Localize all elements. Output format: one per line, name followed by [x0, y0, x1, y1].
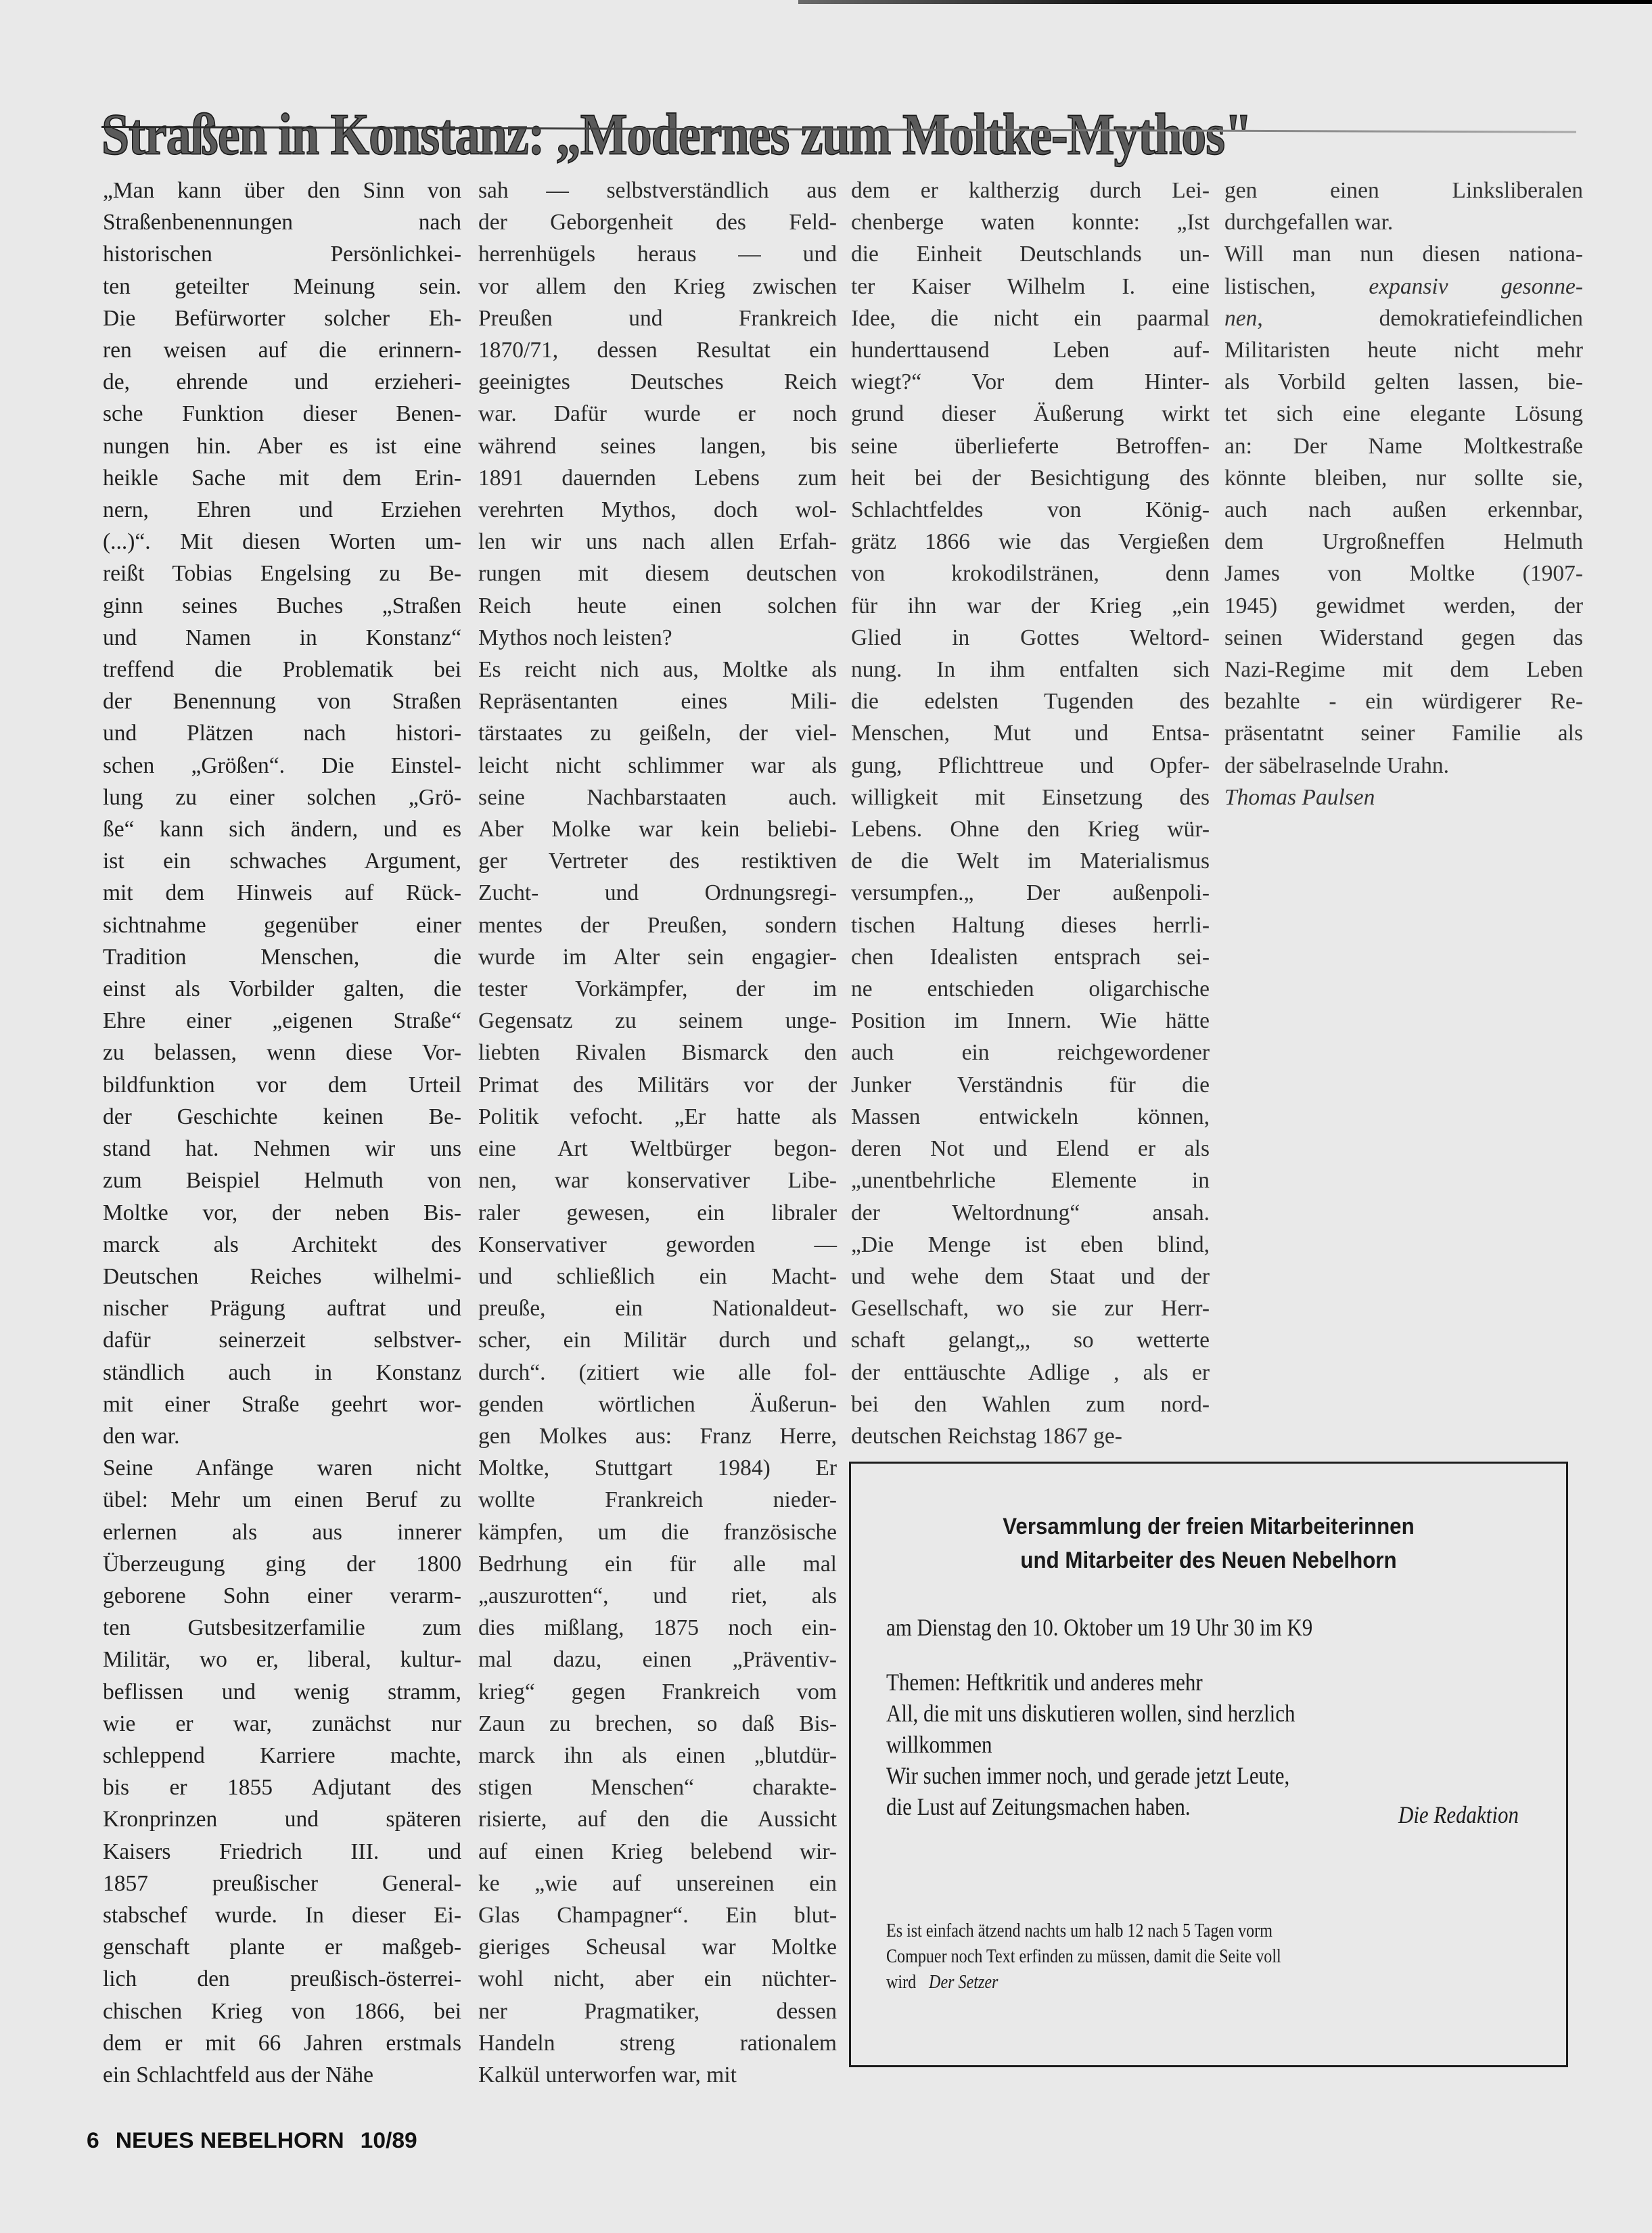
text-line: raler gewesen, ein libraler: [478, 1197, 837, 1229]
text-line: mentes der Preußen, sondern: [478, 909, 837, 941]
text-line: Massen entwickeln können,: [851, 1101, 1210, 1133]
text-line: Tradition Menschen, die: [103, 941, 461, 973]
text-line: der Weltordnung“ ansah.: [851, 1197, 1210, 1229]
text-line: ren weisen auf die erinnern-: [103, 334, 461, 366]
text-line: dem er mit 66 Jahren erstmals: [103, 2027, 461, 2059]
text-line: Glas Champagner“. Ein blut-: [478, 1899, 837, 1931]
text-line: Militär, wo er, liberal, kultur-: [103, 1644, 461, 1675]
text-line: der säbelraselnde Urahn.: [1224, 750, 1583, 782]
text-line: für ihn war der Krieg „ein: [851, 590, 1210, 622]
article-headline: Straßen in Konstanz: „Modernes zum Moltk…: [101, 99, 1522, 171]
text-line: an: Der Name Moltkestraße: [1224, 430, 1583, 462]
text-line: wurde im Alter sein engagier-: [478, 941, 837, 973]
text-line: erlernen als aus innerer: [103, 1516, 461, 1548]
text-line: die edelsten Tugenden des: [851, 685, 1210, 717]
text-line: tet sich eine elegante Lösung: [1224, 398, 1583, 430]
notice-body-line: Wir suchen immer noch, und gerade jetzt …: [886, 1760, 1445, 1791]
text-line: Menschen, Mut und Entsa-: [851, 717, 1210, 749]
text-line: die Einheit Deutschlands un-: [851, 238, 1210, 270]
text-line: leicht nicht schlimmer war als: [478, 750, 837, 782]
text-line: willigkeit mit Einsetzung des: [851, 782, 1210, 813]
text-line: Handeln streng rationalem: [478, 2027, 837, 2059]
text-line: James von Moltke (1907-: [1224, 558, 1583, 589]
article-column-2: sah — selbstverständlich ausder Geborgen…: [478, 175, 837, 2091]
article-column-3: dem er kaltherzig durch Lei-chenberge wa…: [851, 175, 1210, 1452]
italic-phrase: nen: [1224, 306, 1257, 331]
text-line: den war.: [103, 1420, 461, 1452]
text-line: Glied in Gottes Weltord-: [851, 622, 1210, 654]
text-line: Gesellschaft, wo sie zur Herr-: [851, 1292, 1210, 1324]
text-line: marck ihn als einen „blutdür-: [478, 1740, 837, 1772]
text-line: Militaristen heute nicht mehr: [1224, 334, 1583, 366]
text-line: Überzeugung ging der 1800: [103, 1548, 461, 1580]
footnote-text: wird: [886, 1972, 916, 1993]
text-line: Deutschen Reiches wilhelmi-: [103, 1261, 461, 1292]
text-line: Moltke, Stuttgart 1984) Er: [478, 1452, 837, 1484]
text-line: sah — selbstverständlich aus: [478, 175, 837, 206]
text-line: tischen Haltung dieses herrli-: [851, 909, 1210, 941]
text-line: und Plätzen nach histori-: [103, 717, 461, 749]
text-line: der enttäuschte Adlige , als er: [851, 1357, 1210, 1389]
text-line: und wehe dem Staat und der: [851, 1261, 1210, 1292]
text-line: „Man kann über den Sinn von: [103, 175, 461, 206]
text-line: präsentatnt seiner Familie als: [1224, 717, 1583, 749]
text-line: auch ein reichgewordener: [851, 1037, 1210, 1068]
text-line: wie er war, zunächst nur: [103, 1708, 461, 1740]
text-line: bildfunktion vor dem Urteil: [103, 1069, 461, 1101]
text-line: versumpfen.„ Der außenpoli-: [851, 877, 1210, 909]
text-line: war. Dafür wurde er noch: [478, 398, 837, 430]
notice-body-line: willkommen: [886, 1729, 1445, 1760]
text-line: ten geteilter Meinung sein.: [103, 271, 461, 302]
text-line: nen, demokratiefeindlichen: [1224, 302, 1583, 334]
text-line: Zaun zu brechen, so daß Bis-: [478, 1708, 837, 1740]
text-line: schleppend Karriere machte,: [103, 1740, 461, 1772]
text-line: Politik vefocht. „Er hatte als: [478, 1101, 837, 1133]
author-byline: Thomas Paulsen: [1224, 782, 1583, 813]
text-line: Will man nun diesen nationa-: [1224, 238, 1583, 270]
text-line: Preußen und Frankreich: [478, 302, 837, 334]
text-line: Reich heute einen solchen: [478, 590, 837, 622]
text-line: ke „wie auf unsereinen ein: [478, 1868, 837, 1899]
text-line: ner Pragmatiker, dessen: [478, 1995, 837, 2027]
text-line: gung, Pflichttreue und Opfer-: [851, 750, 1210, 782]
text-line: dem er kaltherzig durch Lei-: [851, 175, 1210, 206]
notice-body-line: die Lust auf Zeitungsmachen haben.: [886, 1791, 1445, 1822]
text-line: auch nach außen erkennbar,: [1224, 494, 1583, 526]
text-line: Kaisers Friedrich III. und: [103, 1836, 461, 1868]
text-line: lich den preußisch-österrei-: [103, 1963, 461, 1995]
footnote-line: Compuer noch Text erfinden zu müssen, da…: [886, 1944, 1468, 1970]
text-line: tärstaates zu geißeln, der viel-: [478, 717, 837, 749]
text-line: Repräsentanten eines Mili-: [478, 685, 837, 717]
text-line: ist ein schwaches Argument,: [103, 845, 461, 877]
text-line: reißt Tobias Engelsing zu Be-: [103, 558, 461, 589]
article-column-4: gen einen Linksliberalendurchgefallen wa…: [1224, 175, 1583, 813]
text-line: gen Molkes aus: Franz Herre,: [478, 1420, 837, 1452]
text-line: chenberge waten konnte: „Ist: [851, 206, 1210, 238]
setter-footnote: Es ist einfach ätzend nachts um halb 12 …: [886, 1918, 1468, 1995]
text-line: ein Schlachtfeld aus der Nähe: [103, 2059, 461, 2091]
text-line: heikle Sache mit dem Erin-: [103, 462, 461, 494]
text-line: mal dazu, einen „Präventiv-: [478, 1644, 837, 1675]
text-line: len wir uns nach allen Erfah-: [478, 526, 837, 558]
text-line: Primat des Militärs vor der: [478, 1069, 837, 1101]
text-line: Position im Innern. Wie hätte: [851, 1005, 1210, 1037]
text-line: 1945) gewidmet werden, der: [1224, 590, 1583, 622]
text-line: Kronprinzen und späteren: [103, 1803, 461, 1835]
text-line: stand hat. Nehmen wir uns: [103, 1133, 461, 1165]
text-line: ten Gutsbesitzerfamilie zum: [103, 1612, 461, 1644]
text-line: preuße, ein Nationaldeut-: [478, 1292, 837, 1324]
text-line: sche Funktion dieser Benen-: [103, 398, 461, 430]
text-line: scher, ein Militär durch und: [478, 1324, 837, 1356]
text-line: bis er 1855 Adjutant des: [103, 1772, 461, 1803]
text-line: der Benennung von Straßen: [103, 685, 461, 717]
text-line: könnte bleiben, nur sollte sie,: [1224, 462, 1583, 494]
text-line: de, ehrende und erzieheri-: [103, 366, 461, 398]
text-line: historischen Persönlichkei-: [103, 238, 461, 270]
issue-number: 10/89: [361, 2128, 417, 2152]
text-line: genden wörtlichen Äußerun-: [478, 1389, 837, 1420]
text-line: geborene Sohn einer verarm-: [103, 1580, 461, 1612]
text-line: risierte, auf den die Aussicht: [478, 1803, 837, 1835]
text-line: als Vorbild gelten lassen, bie-: [1224, 366, 1583, 398]
text-line: auf einen Krieg belebend wir-: [478, 1836, 837, 1868]
text-line: Nazi-Regime mit dem Leben: [1224, 654, 1583, 685]
text-line: mit dem Hinweis auf Rück-: [103, 877, 461, 909]
text-line: ter Kaiser Wilhelm I. eine: [851, 271, 1210, 302]
text-line: ginn seines Buches „Straßen: [103, 590, 461, 622]
text-line: geeinigtes Deutsches Reich: [478, 366, 837, 398]
text-line: lung zu einer solchen „Grö-: [103, 782, 461, 813]
text-line: „auszurotten“, und riet, als: [478, 1580, 837, 1612]
text-line: nern, Ehren und Erziehen: [103, 494, 461, 526]
text-line: einst als Vorbilder galten, die: [103, 973, 461, 1005]
text-line: durchgefallen war.: [1224, 206, 1583, 238]
text-line: der Geschichte keinen Be-: [103, 1101, 461, 1133]
text-line: nungen hin. Aber es ist eine: [103, 430, 461, 462]
text-line: ße“ kann sich ändern, und es: [103, 813, 461, 845]
text-line: gieriges Scheusal war Moltke: [478, 1931, 837, 1963]
text-line: gen einen Linksliberalen: [1224, 175, 1583, 206]
text-line: Aber Molke war kein beliebi-: [478, 813, 837, 845]
text-line: de die Welt im Materialismus: [851, 845, 1210, 877]
text-line: treffend die Problematik bei: [103, 654, 461, 685]
notice-date: am Dienstag den 10. Oktober um 19 Uhr 30…: [886, 1611, 1312, 1644]
text-line: deutschen Reichstag 1867 ge-: [851, 1420, 1210, 1452]
text-line: Zucht- und Ordnungsregi-: [478, 877, 837, 909]
text-line: Die Befürworter solcher Eh-: [103, 302, 461, 334]
text-line: tester Vorkämpfer, der im: [478, 973, 837, 1005]
text-line: vor allem den Krieg zwischen: [478, 271, 837, 302]
text-line: dafür seinerzeit selbstver-: [103, 1324, 461, 1356]
text-line: ne entschieden oligarchische: [851, 973, 1210, 1005]
text-line: „Die Menge ist eben blind,: [851, 1229, 1210, 1261]
text-line: kämpfen, um die französische: [478, 1516, 837, 1548]
text-line: Schlachtfeldes von König-: [851, 494, 1210, 526]
text-line: übel: Mehr um einen Beruf zu: [103, 1484, 461, 1516]
text-line: grund dieser Äußerung wirkt: [851, 398, 1210, 430]
text-line: bei den Wahlen zum nord-: [851, 1389, 1210, 1420]
text-line: herrenhügels heraus — und: [478, 238, 837, 270]
text-line: bezahlte - ein würdigerer Re-: [1224, 685, 1583, 717]
text-line: seinen Widerstand gegen das: [1224, 622, 1583, 654]
text-line: nen, war konservativer Libe-: [478, 1165, 837, 1196]
text-line: und schließlich ein Macht-: [478, 1261, 837, 1292]
text-line: Straßenbenennungen nach: [103, 206, 461, 238]
text-line: Mythos noch leisten?: [478, 622, 837, 654]
text-line: 1891 dauernden Lebens zum: [478, 462, 837, 494]
notice-box: Versammlung der freien Mitarbeiterinnen …: [849, 1462, 1568, 2067]
text-line: wohl nicht, aber ein nüchter-: [478, 1963, 837, 1995]
text-line: grätz 1866 wie das Vergießen: [851, 526, 1210, 558]
text-line: Bedrhung ein für alle mal: [478, 1548, 837, 1580]
notice-title: Versammlung der freien Mitarbeiterinnen …: [879, 1510, 1537, 1577]
text-line: rungen mit diesem deutschen: [478, 558, 837, 589]
article-column-1: „Man kann über den Sinn vonStraßenbenenn…: [103, 175, 461, 2091]
text-line: ger Vertreter des restiktiven: [478, 845, 837, 877]
text-line: Junker Verständnis für die: [851, 1069, 1210, 1101]
text-line: seine überlieferte Betroffen-: [851, 430, 1210, 462]
notice-body-line: Themen: Heftkritik und anderes mehr: [886, 1667, 1445, 1698]
text-line: Konservativer geworden —: [478, 1229, 837, 1261]
text-line: Es reicht nich aus, Moltke als: [478, 654, 837, 685]
text-line: chischen Krieg von 1866, bei: [103, 1995, 461, 2027]
footnote-line: Es ist einfach ätzend nachts um halb 12 …: [886, 1918, 1468, 1944]
text-line: wiegt?“ Vor dem Hinter-: [851, 366, 1210, 398]
text-line: Gegensatz zu seinem unge-: [478, 1005, 837, 1037]
footnote-signature: Der Setzer: [929, 1972, 998, 1993]
notice-signature: Die Redaktion: [1398, 1801, 1519, 1829]
text-line: Seine Anfänge waren nicht: [103, 1452, 461, 1484]
text-line: dem Urgroßneffen Helmuth: [1224, 526, 1583, 558]
text-line: (...)“. Mit diesen Worten um-: [103, 526, 461, 558]
text-line: seine Nachbarstaaten auch.: [478, 782, 837, 813]
text-line: durch“. (zitiert wie alle fol-: [478, 1357, 837, 1389]
text-line: und Namen in Konstanz“: [103, 622, 461, 654]
text-line: marck als Architekt des: [103, 1229, 461, 1261]
text-line: der Geborgenheit des Feld-: [478, 206, 837, 238]
text-line: hunderttausend Leben auf-: [851, 334, 1210, 366]
text-line: Ehre einer „eigenen Straße“: [103, 1005, 461, 1037]
text-line: wollte Frankreich nieder-: [478, 1484, 837, 1516]
text-line: Moltke vor, der neben Bis-: [103, 1197, 461, 1229]
italic-phrase: expansiv gesonne-: [1369, 274, 1583, 299]
text-line: schen „Größen“. Die Einstel-: [103, 750, 461, 782]
text-line: 1857 preußischer General-: [103, 1868, 461, 1899]
text-line: während seines langen, bis: [478, 430, 837, 462]
text-line: nung. In ihm entfalten sich: [851, 654, 1210, 685]
text-line: zu belassen, wenn diese Vor-: [103, 1037, 461, 1068]
text-line: sichtnahme gegenüber einer: [103, 909, 461, 941]
text-line: verehrten Mythos, doch wol-: [478, 494, 837, 526]
notice-body: Themen: Heftkritik und anderes mehr All,…: [886, 1667, 1445, 1822]
text-line: dies mißlang, 1875 noch ein-: [478, 1612, 837, 1644]
text-line: Lebens. Ohne den Krieg wür-: [851, 813, 1210, 845]
notice-title-line: und Mitarbeiter des Neuen Nebelhorn: [879, 1543, 1537, 1577]
text-line: stabschef wurde. In dieser Ei-: [103, 1899, 461, 1931]
text-line: stigen Menschen“ charakte-: [478, 1772, 837, 1803]
text-line: genschaft plante er maßgeb-: [103, 1931, 461, 1963]
text-line: beflissen und wenig stramm,: [103, 1676, 461, 1708]
notice-title-line: Versammlung der freien Mitarbeiterinnen: [879, 1510, 1537, 1543]
text-line: liebten Rivalen Bismarck den: [478, 1037, 837, 1068]
text-line: ständlich auch in Konstanz: [103, 1357, 461, 1389]
text-line: chen Idealisten entsprach sei-: [851, 941, 1210, 973]
text-line: heit bei der Besichtigung des: [851, 462, 1210, 494]
publication-name: NEUES NEBELHORN: [116, 2128, 344, 2152]
footnote-line: wirdDer Setzer: [886, 1970, 1468, 1995]
text-line: mit einer Straße geehrt wor-: [103, 1389, 461, 1420]
text-line: 1870/71, dessen Resultat ein: [478, 334, 837, 366]
text-line: eine Art Weltbürger begon-: [478, 1133, 837, 1165]
text-line: krieg“ gegen Frankreich vom: [478, 1676, 837, 1708]
text-line: Idee, die nicht ein paarmal: [851, 302, 1210, 334]
text-line: Kalkül unterworfen war, mit: [478, 2059, 837, 2091]
text-line: deren Not und Elend er als: [851, 1133, 1210, 1165]
text-line: zum Beispiel Helmuth von: [103, 1165, 461, 1196]
page-footer: 6 NEUES NEBELHORN 10/89: [87, 2128, 427, 2153]
page-number: 6: [87, 2128, 99, 2152]
notice-body-line: All, die mit uns diskutieren wollen, sin…: [886, 1698, 1445, 1729]
text-line: nischer Prägung auftrat und: [103, 1292, 461, 1324]
text-line: von krokodilstränen, denn: [851, 558, 1210, 589]
text-line: schaft gelangt„, so wetterte: [851, 1324, 1210, 1356]
text-line: „unentbehrliche Elemente in: [851, 1165, 1210, 1196]
scan-edge-shadow: [798, 0, 1652, 4]
text-line: listischen, expansiv gesonne-: [1224, 271, 1583, 302]
